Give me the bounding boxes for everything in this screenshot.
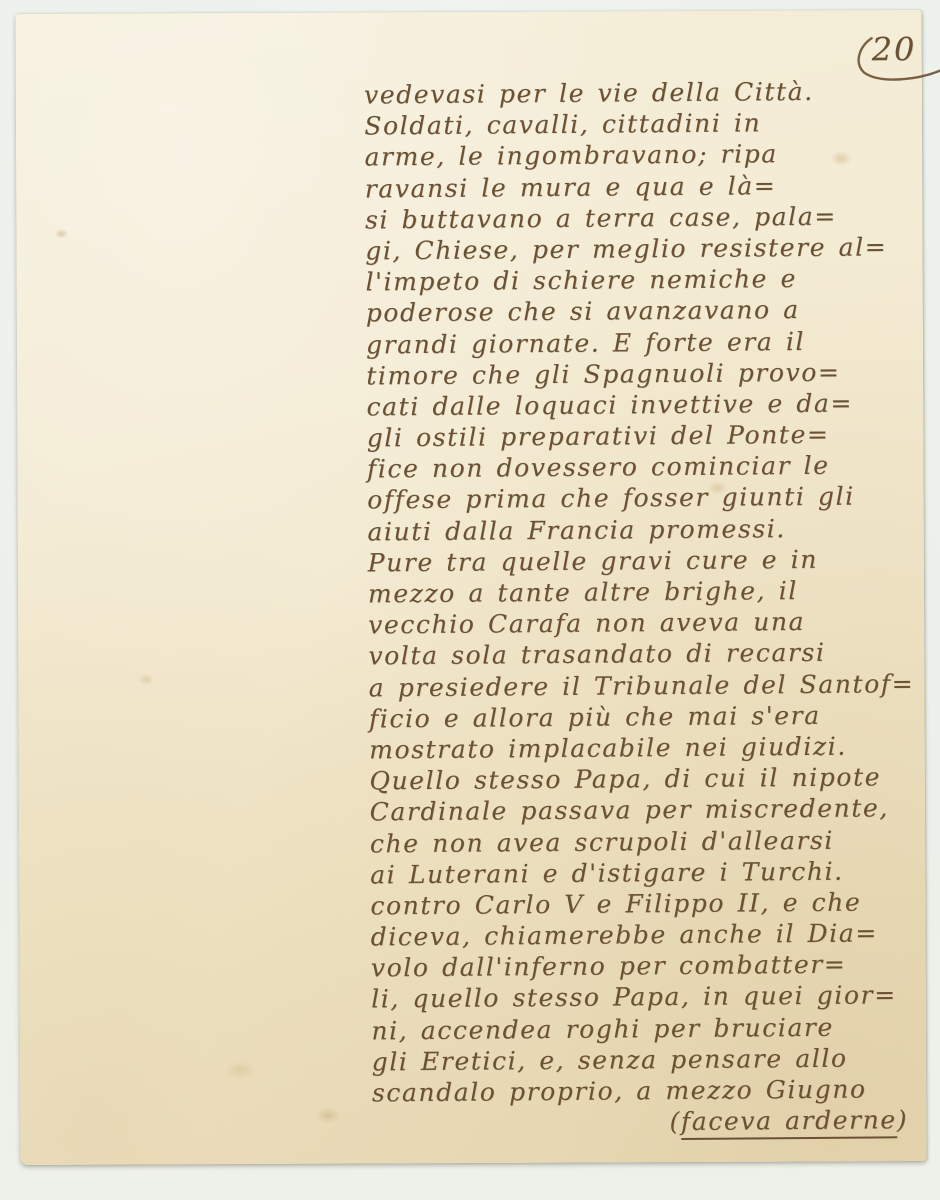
manuscript-line: scandalo proprio, a mezzo Giugno [372,1073,932,1109]
manuscript-line: Cardinale passava per miscredente, [370,792,930,828]
closing-underlined-text: faceva arderne [681,1104,897,1140]
manuscript-closing-line: (faceva arderne) [372,1104,932,1140]
manuscript-line: gli Eretici, e, senza pensare allo [372,1042,932,1078]
manuscript-line: gli ostili preparativi del Ponte= [367,418,927,454]
manuscript-line: mostrato implacabile nei giudizi. [369,730,929,766]
manuscript-line: fice non dovessero cominciar le [367,449,927,485]
manuscript-line: timore che gli Spagnuoli provo= [366,356,926,392]
manuscript-line: volo dall'inferno per combatter= [371,948,931,984]
manuscript-line: arme, le ingombravano; ripa [364,137,924,173]
manuscript-line: a presiedere il Tribunale del Santof= [369,668,929,704]
manuscript-line: ai Luterani e d'istigare i Turchi. [370,855,930,891]
manuscript-line: Pure tra quelle gravi cure e in [368,543,928,579]
photo-background: 20 vedevasi per le vie della Città. Sold… [0,0,940,1200]
manuscript-line: vedevasi per le vie della Città. [364,75,924,111]
manuscript-line: mezzo a tante altre brighe, il [368,574,928,610]
text-block: vedevasi per le vie della Città. Soldati… [364,75,932,1140]
manuscript-line: volta sola trasandato di recarsi [368,636,928,672]
foxing-spot [138,673,154,685]
foxing-spot [225,1061,255,1079]
manuscript-line: si buttavano a terra case, pala= [365,200,925,236]
foxing-spot [315,1108,341,1124]
manuscript-line: Soldati, cavalli, cittadini in [364,106,924,142]
manuscript-line: l'impeto di schiere nemiche e [365,262,925,298]
manuscript-line: diceva, chiamerebbe anche il Dia= [371,917,931,953]
manuscript-line: poderose che si avanzavano a [366,293,926,329]
manuscript-line: vecchio Carafa non aveva una [368,605,928,641]
manuscript-line: ficio e allora più che mai s'era [369,699,929,735]
manuscript-line: grandi giornate. E forte era il [366,325,926,361]
closing-close-paren: ) [897,1105,909,1134]
manuscript-line: Quello stesso Papa, di cui il nipote [369,761,929,797]
foxing-spot [54,229,68,239]
manuscript-line: offese prima che fosser giunti gli [367,480,927,516]
closing-open-paren: ( [669,1107,681,1136]
manuscript-line: li, quello stesso Papa, in quei gior= [371,979,931,1015]
manuscript-line: gi, Chiese, per meglio resistere al= [365,231,925,267]
manuscript-line: contro Carlo V e Filippo II, e che [370,886,930,922]
manuscript-line: ravansi le mura e qua e là= [365,169,925,205]
manuscript-line: cati dalle loquaci invettive e da= [366,387,926,423]
manuscript-line: ni, accendea roghi per bruciare [371,1011,931,1047]
manuscript-page: 20 vedevasi per le vie della Città. Sold… [15,10,926,1165]
manuscript-line: che non avea scrupoli d'allearsi [370,824,930,860]
manuscript-line: aiuti dalla Francia promessi. [367,512,927,548]
page-number-value: 20 [872,30,917,68]
